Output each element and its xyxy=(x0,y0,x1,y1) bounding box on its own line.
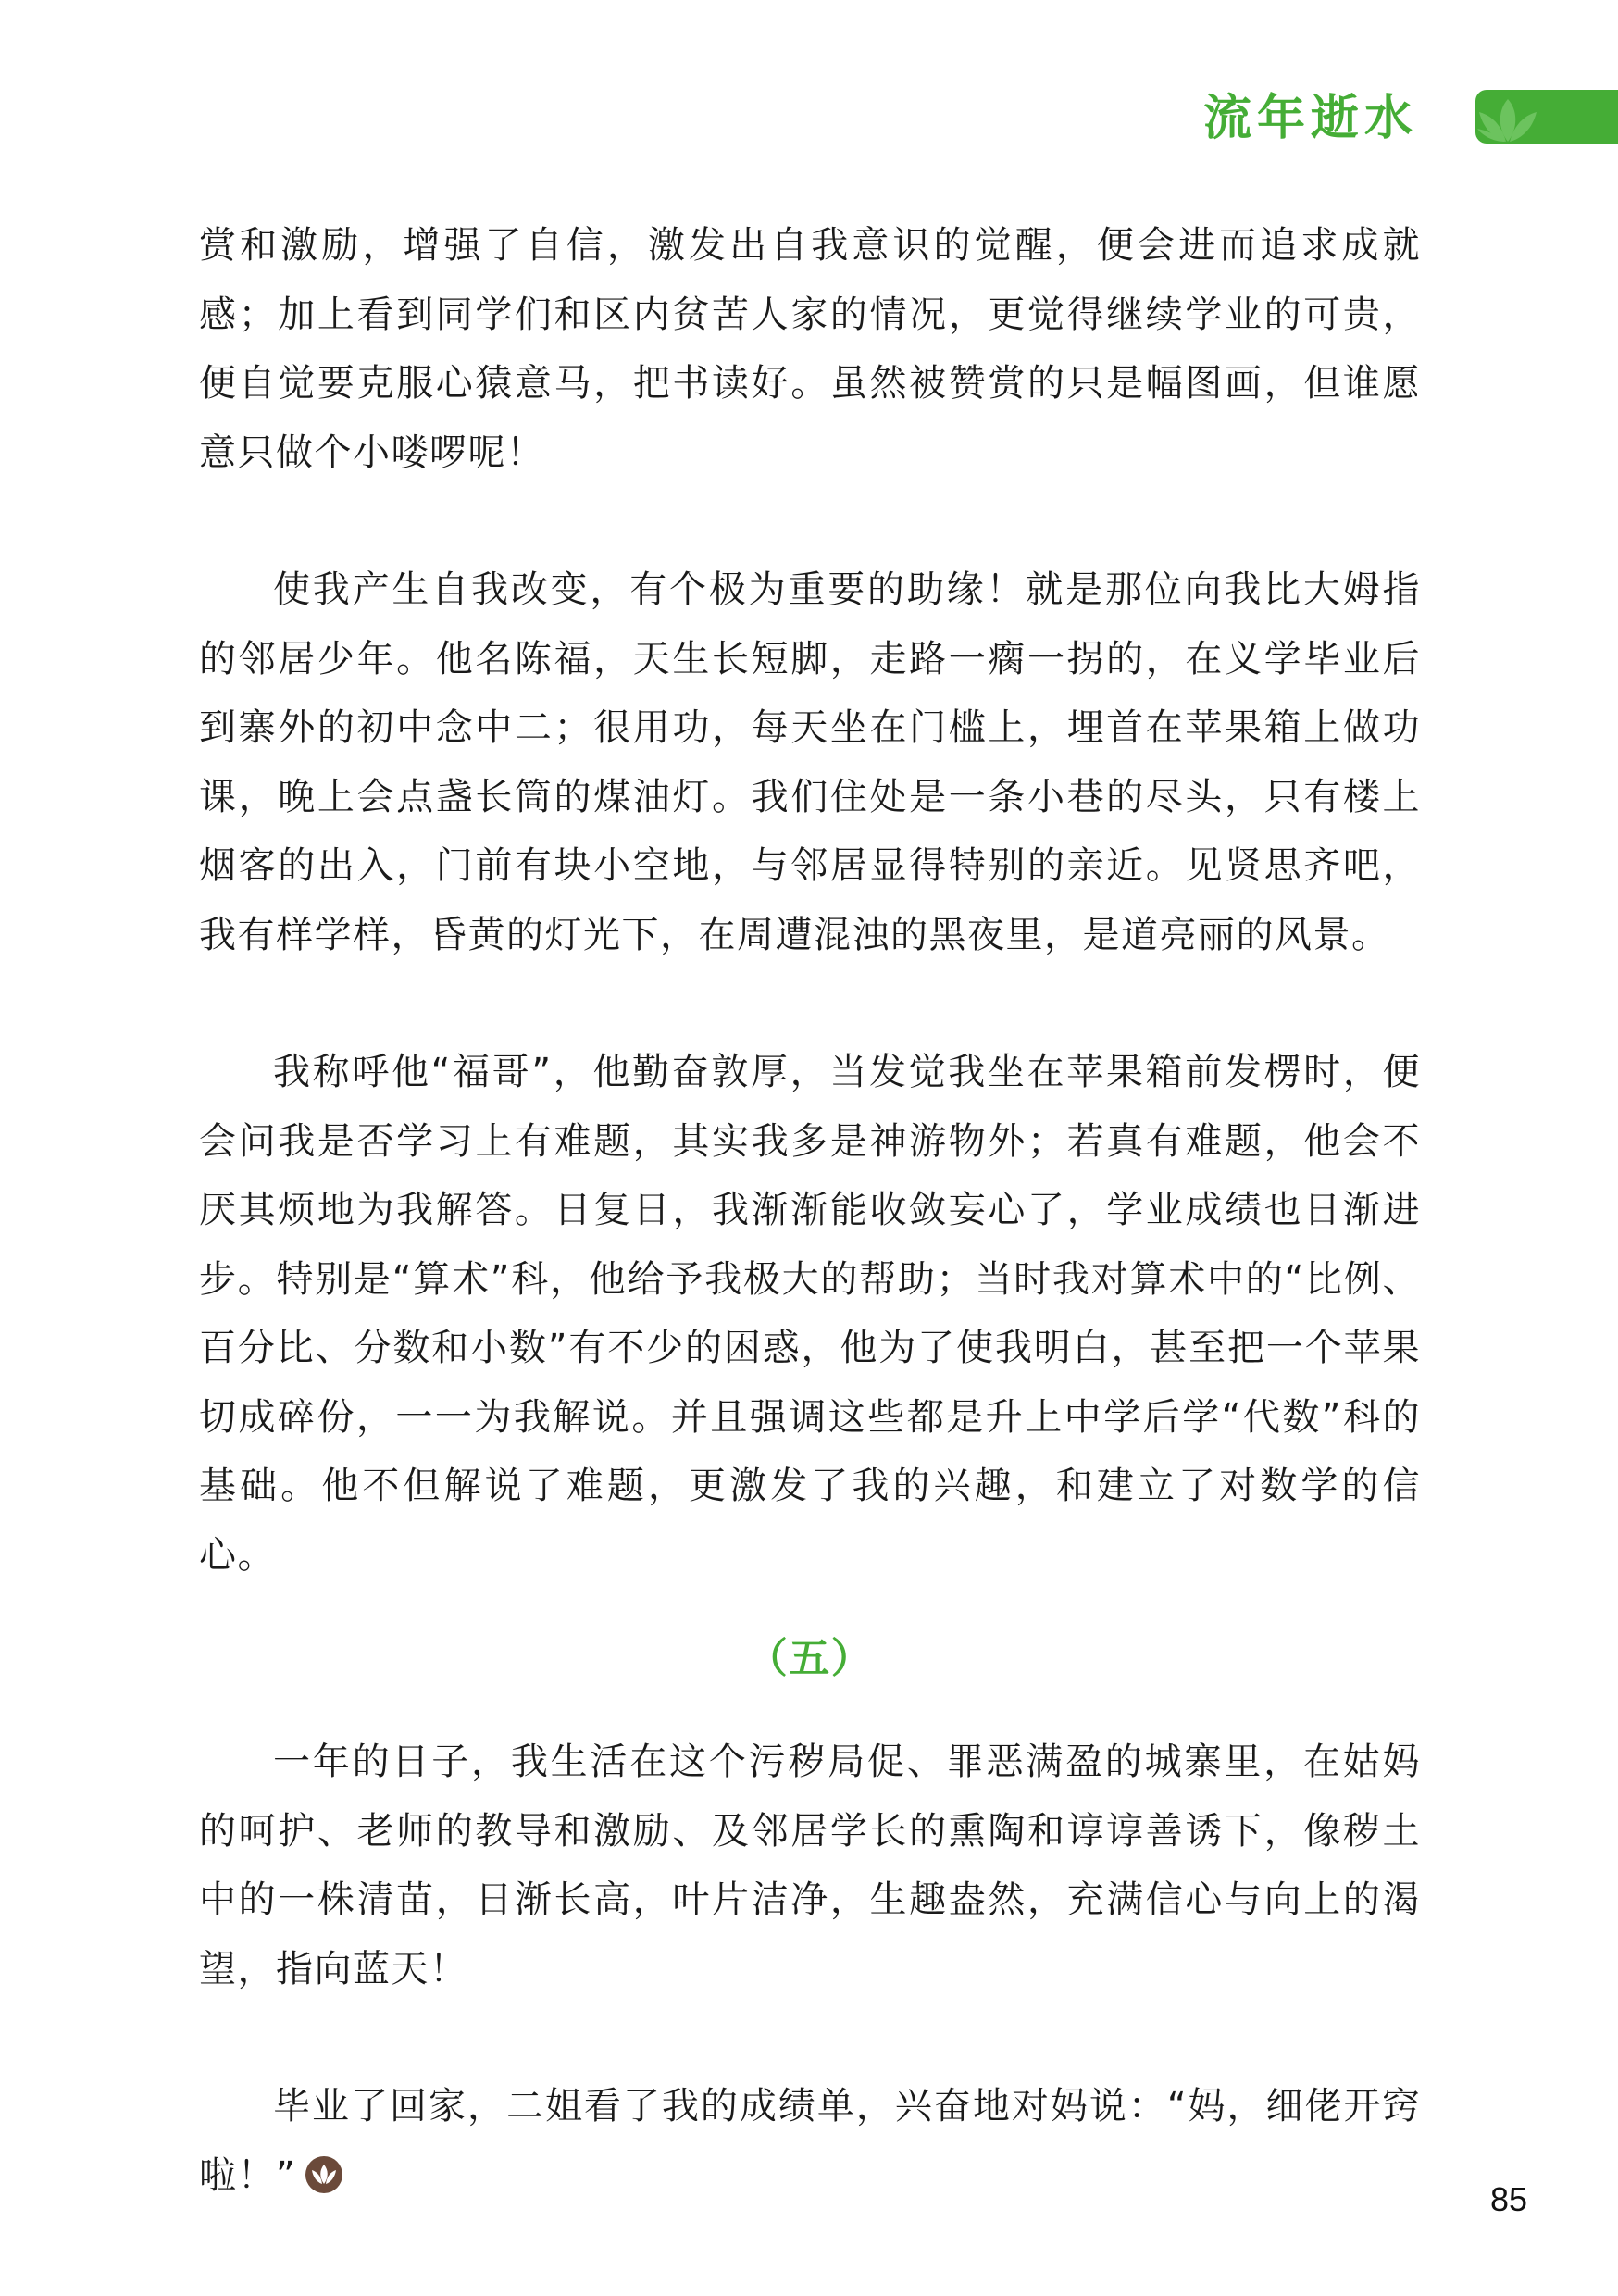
page-body: 赏和激励，增强了自信，激发出自我意识的觉醒，便会进而追求成就感；加上看到同学们和… xyxy=(199,211,1421,2210)
page-number: 85 xyxy=(1490,2180,1527,2219)
header-green-bar xyxy=(1475,90,1618,143)
lotus-end-icon xyxy=(305,2156,342,2193)
paragraph-continued: 赏和激励，增强了自信，激发出自我意识的觉醒，便会进而追求成就感；加上看到同学们和… xyxy=(199,211,1421,487)
paragraph-graduation: 毕业了回家，二姐看了我的成绩单，兴奋地对妈说：“妈，细佬开窍啦！” xyxy=(199,2072,1421,2210)
lotus-icon xyxy=(1475,97,1540,143)
paragraph-graduation-text: 毕业了回家，二姐看了我的成绩单，兴奋地对妈说：“妈，细佬开窍啦！” xyxy=(199,2085,1421,2197)
paragraph-fu-ge: 我称呼他“福哥”，他勤奋敦厚，当发觉我坐在苹果箱前发楞时，便会问我是否学习上有难… xyxy=(199,1038,1421,1590)
running-header-title: 流年逝水 xyxy=(1203,89,1418,148)
paragraph-chen-fu: 使我产生自我改变，有个极为重要的助缘！就是那位向我比大姆指的邻居少年。他名陈福，… xyxy=(199,555,1421,969)
paragraph-one-year: 一年的日子，我生活在这个污秽局促、罪恶满盈的城寨里，在姑妈的呵护、老师的教导和激… xyxy=(199,1728,1421,2003)
section-heading: （五） xyxy=(199,1590,1421,1728)
